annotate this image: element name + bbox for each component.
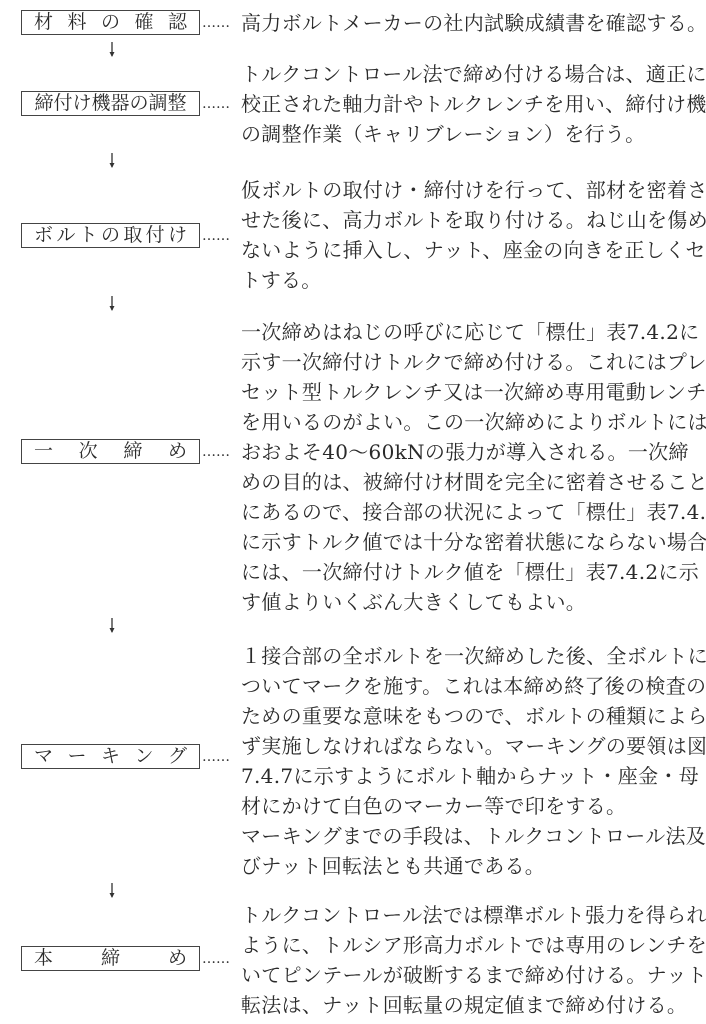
down-arrow-icon	[106, 618, 118, 634]
description-line: トルクコントロール法では標準ボルト張力を得られる	[241, 900, 703, 930]
description-line: ついてマークを施す。これは本締め終了後の検査の	[241, 671, 703, 701]
step-description-equipment-adjustment: トルクコントロール法で締め付ける場合は、適正に 校正された軸力計やトルクレンチを…	[241, 59, 703, 149]
down-arrow-icon	[106, 883, 118, 899]
step-box-marking: マ ー キ ン グ	[21, 744, 200, 769]
step-label-char: め	[168, 442, 187, 461]
description-line: マーキングまでの手段は、トルクコントロール法及	[241, 821, 703, 851]
description-line: 一次締めはねじの呼びに応じて「標仕」表7.4.2に	[241, 317, 703, 347]
step-box-primary-tightening: 一 次 締 め	[21, 439, 200, 464]
description-line: 転法は、ナット回転量の規定値まで締め付ける。	[241, 990, 703, 1020]
description-line: ないように挿入し、ナット、座金の向きを正しくセッ	[241, 235, 703, 265]
description-line: 7.4.7に示すようにボルト軸からナット・座金・母	[241, 761, 703, 791]
step-label-char: の	[101, 13, 120, 32]
step-label-char: 次	[79, 442, 98, 461]
description-line: いてピンテールが破断するまで締め付ける。ナット回	[241, 960, 703, 990]
step-label-char: 付	[146, 226, 165, 245]
step-label-char: 締	[123, 442, 142, 461]
description-line: 仮ボルトの取付け・締付けを行って、部材を密着さ	[241, 175, 703, 205]
description-line: 高力ボルトメーカーの社内試験成績書を確認する。	[241, 8, 703, 38]
step-label-char: ン	[134, 747, 153, 766]
description-line: めの目的は、被締付け材間を完全に密着させること	[241, 467, 703, 497]
step-label-char: 料	[67, 13, 86, 32]
step-box-material-check: 材 料 の 確 認	[21, 10, 200, 35]
step-box-equipment-adjustment: 締付け機器の調整	[21, 91, 200, 116]
leader-dots: ……	[202, 16, 240, 30]
description-line: ように、トルシア形高力ボルトでは専用のレンチを用	[241, 930, 703, 960]
down-arrow-icon	[106, 42, 118, 58]
step-label-char: キ	[101, 747, 120, 766]
leader-dots: ……	[202, 445, 240, 459]
description-line: 校正された軸力計やトルクレンチを用い、締付け機	[241, 89, 703, 119]
step-label-char: ト	[79, 226, 98, 245]
step-description-primary-tightening: 一次締めはねじの呼びに応じて「標仕」表7.4.2に 示す一次締付けトルクで締め付…	[241, 317, 703, 617]
bolt-tightening-flowchart: 材 料 の 確 認 …… 高力ボルトメーカーの社内試験成績書を確認する。 締付け…	[0, 0, 706, 1024]
step-description-bolt-installation: 仮ボルトの取付け・締付けを行って、部材を密着さ せた後に、高力ボルトを取り付ける…	[241, 175, 703, 295]
description-line: トルクコントロール法で締め付ける場合は、適正に	[241, 59, 703, 89]
description-line: を用いるのがよい。この一次締めによりボルトには	[241, 407, 703, 437]
description-line: １接合部の全ボルトを一次締めした後、全ボルトに	[241, 641, 703, 671]
down-arrow-icon	[106, 296, 118, 312]
description-line: の調整作業（キャリブレーション）を行う。	[241, 119, 703, 149]
description-line: おおよそ40～60kNの張力が導入される。一次締	[241, 437, 703, 467]
step-label-char: ル	[56, 226, 75, 245]
step-label-char: け	[168, 226, 187, 245]
step-label-char: 認	[168, 13, 187, 32]
description-line: セット型トルクレンチ又は一次締め専用電動レンチ	[241, 377, 703, 407]
step-label-char: の	[101, 226, 120, 245]
step-label-text: 締付け機器の調整	[34, 94, 186, 113]
description-line: 材にかけて白色のマーカー等で印をする。	[241, 791, 703, 821]
step-label-char: め	[168, 949, 187, 968]
step-label-char: ボ	[34, 226, 53, 245]
step-label-char: 本	[34, 949, 53, 968]
step-box-bolt-installation: ボ ル ト の 取 付 け	[21, 223, 200, 248]
step-description-material-check: 高力ボルトメーカーの社内試験成績書を確認する。	[241, 8, 703, 38]
description-line: びナット回転法とも共通である。	[241, 851, 703, 881]
description-line: ための重要な意味をもつので、ボルトの種類によら	[241, 701, 703, 731]
step-label-char: ー	[67, 747, 86, 766]
description-line: には、一次締付けトルク値を「標仕」表7.4.2に示	[241, 557, 703, 587]
description-line: す値よりいくぶん大きくしてもよい。	[241, 587, 703, 617]
leader-dots: ……	[202, 97, 240, 111]
down-arrow-icon	[106, 153, 118, 169]
step-label-char: マ	[34, 747, 53, 766]
step-description-marking: １接合部の全ボルトを一次締めした後、全ボルトに ついてマークを施す。これは本締め…	[241, 641, 703, 881]
step-label-char: 取	[123, 226, 142, 245]
leader-dots: ……	[202, 750, 240, 764]
step-label-char: 材	[34, 13, 53, 32]
step-label-char: 締	[101, 949, 120, 968]
step-label-char: グ	[168, 747, 187, 766]
description-line: せた後に、高力ボルトを取り付ける。ねじ山を傷め	[241, 205, 703, 235]
description-line: にあるので、接合部の状況によって「標仕」表7.4.2	[241, 497, 703, 527]
step-box-final-tightening: 本 締 め	[21, 946, 200, 971]
description-line: トする。	[241, 265, 703, 295]
step-label-char: 一	[34, 442, 53, 461]
step-description-final-tightening: トルクコントロール法では標準ボルト張力を得られる ように、トルシア形高力ボルトで…	[241, 900, 703, 1020]
description-line: 示す一次締付けトルクで締め付ける。これにはプレ	[241, 347, 703, 377]
description-line: ず実施しなければならない。マーキングの要領は図	[241, 731, 703, 761]
description-line: に示すトルク値では十分な密着状態にならない場合	[241, 527, 703, 557]
step-label-char: 確	[134, 13, 153, 32]
leader-dots: ……	[202, 229, 240, 243]
leader-dots: ……	[202, 952, 240, 966]
